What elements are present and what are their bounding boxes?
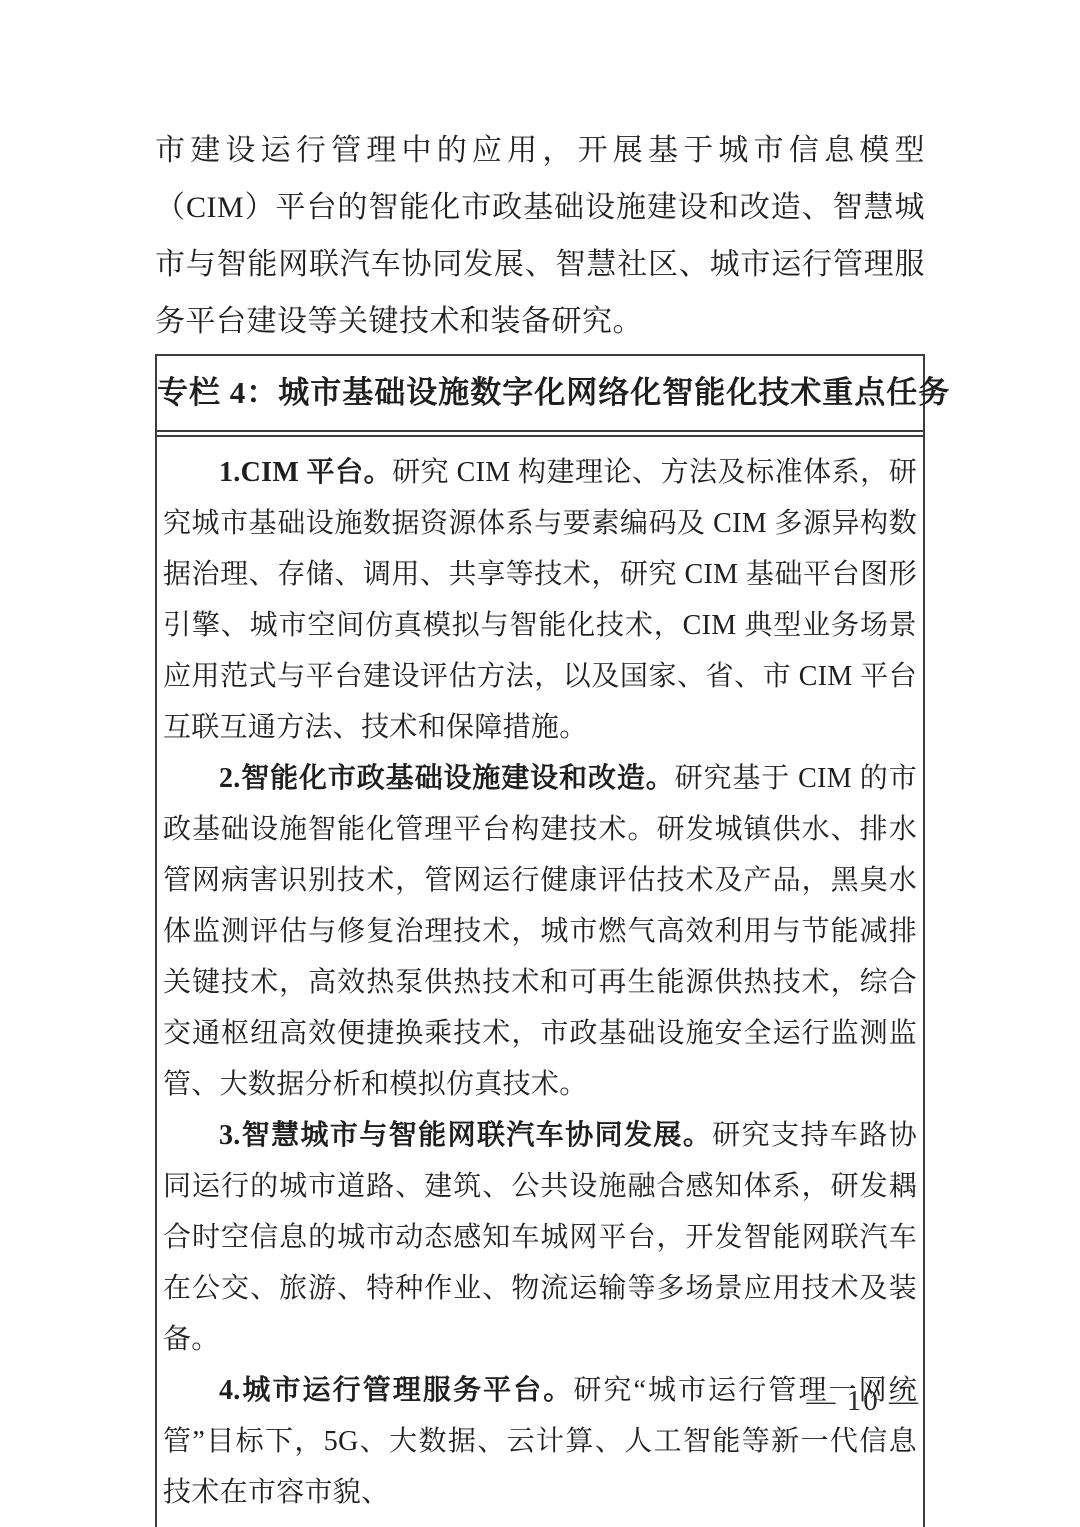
box-body: 1.CIM 平台。研究 CIM 构建理论、方法及标准体系，研究城市基础设施数据资… (157, 435, 923, 1527)
highlight-box: 专栏 4：城市基础设施数字化网络化智能化技术重点任务 1.CIM 平台。研究 C… (155, 354, 925, 1527)
box-paragraph-2: 2.智能化市政基础设施建设和改造。研究基于 CIM 的市政基础设施智能化管理平台… (163, 753, 917, 1110)
paragraph-2-lead: 2.智能化市政基础设施建设和改造。 (219, 763, 675, 794)
box-title: 专栏 4：城市基础设施数字化网络化智能化技术重点任务 (157, 356, 923, 432)
document-page: 市建设运行管理中的应用，开展基于城市信息模型（CIM）平台的智能化市政基础设施建… (0, 0, 1080, 1527)
paragraph-1-lead: 1.CIM 平台。 (219, 457, 392, 488)
page-number: — 10 — (620, 1385, 920, 1418)
page-content: 市建设运行管理中的应用，开展基于城市信息模型（CIM）平台的智能化市政基础设施建… (155, 122, 925, 1527)
paragraph-3-lead: 3.智慧城市与智能网联汽车协同发展。 (219, 1120, 712, 1151)
box-paragraph-1: 1.CIM 平台。研究 CIM 构建理论、方法及标准体系，研究城市基础设施数据资… (163, 447, 917, 753)
paragraph-3-text: 研究支持车路协同运行的城市道路、建筑、公共设施融合感知体系，研发耦合时空信息的城… (163, 1120, 917, 1355)
paragraph-1-text: 研究 CIM 构建理论、方法及标准体系，研究城市基础设施数据资源体系与要素编码及… (163, 457, 917, 743)
paragraph-2-text: 研究基于 CIM 的市政基础设施智能化管理平台构建技术。研发城镇供水、排水管网病… (163, 763, 917, 1100)
paragraph-4-lead: 4.城市运行管理服务平台。 (219, 1375, 573, 1406)
intro-paragraph: 市建设运行管理中的应用，开展基于城市信息模型（CIM）平台的智能化市政基础设施建… (155, 122, 925, 350)
box-paragraph-3: 3.智慧城市与智能网联汽车协同发展。研究支持车路协同运行的城市道路、建筑、公共设… (163, 1110, 917, 1365)
